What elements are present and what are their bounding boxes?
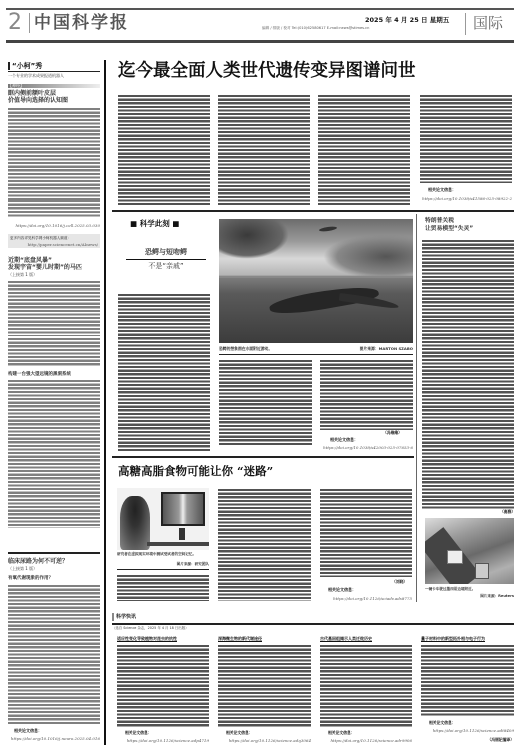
second-body-col1	[117, 575, 209, 601]
second-url[interactable]: https://doi.org/10.1126/sciadv.ads8775	[320, 596, 412, 601]
brief-item-3-url[interactable]: https://doi.org/10.1126/science.adr9906	[320, 738, 412, 743]
right-story-photo-credit: 图片来源：Reuters	[425, 594, 514, 599]
photo-desk	[147, 542, 209, 546]
brief-item-2-body	[218, 645, 311, 727]
sidebar-item2-byline: （上接第 1 版）	[8, 272, 37, 278]
second-body-col2	[218, 489, 311, 601]
second-source-label: 相关论文信息：	[328, 587, 356, 593]
second-end-mark: （刘晓）	[392, 579, 407, 585]
briefs-column-label: 科学快讯	[116, 613, 136, 620]
brief-item-3-body	[320, 645, 412, 727]
feature-photo-credit: 图片来源：MARTON SZABO	[330, 346, 413, 352]
photo-trees	[219, 219, 289, 259]
sidebar-item2-title-line1: 近期“底盘风暴”	[8, 257, 82, 264]
sidebar-notice-url[interactable]: http://paper.sciencenet.cn/AInews/	[10, 242, 98, 247]
right-story-title-line1: 特朗普关税	[425, 218, 473, 226]
feature-source-label: 相关论文信息：	[330, 437, 358, 443]
sidebar-item3-rule	[8, 552, 100, 554]
brief-item-1-url[interactable]: https://doi.org/10.1126/science.adp4719	[117, 738, 209, 743]
brief-item-3-title: 古代基因组揭示人类迁徙历史	[320, 636, 412, 642]
feature-title-line1: 恐鳄与短吻鳄	[126, 247, 206, 260]
brief-item-2-title: 深海微生物的新代谢途径	[218, 636, 311, 642]
photo-monitor-stand	[179, 528, 185, 540]
feature-end-mark: （冯维维）	[383, 430, 402, 436]
lead-source-label: 相关论文信息：	[428, 187, 456, 193]
second-headline: 高糖高脂食物可能让你 “迷路”	[118, 463, 273, 479]
lead-bottom-rule	[112, 210, 514, 212]
sidebar-item1-url[interactable]: https://doi.org/10.1016/j.cell.2025.03.0…	[8, 223, 100, 228]
lead-url[interactable]: https://doi.org/10.1038/s41586-025-08922…	[420, 196, 512, 201]
brief-item-3-source-label: 相关论文信息：	[328, 730, 355, 736]
photo-flag	[447, 550, 463, 564]
feature-title-line2: 不是“亲戚”	[126, 261, 206, 271]
feature-body-col3	[320, 360, 413, 430]
right-story-title: 特朗普关税 让贸易模型“失灵”	[425, 218, 473, 233]
lead-col-1	[118, 95, 210, 205]
feature-url[interactable]: https://doi.org/10.1038/s42003-025-07653…	[320, 445, 413, 450]
briefs-source-note: （选自 Science 杂志，2025 年 4 月 18 日出版）	[112, 625, 188, 630]
sidebar-column-subtitle: 一个专业的学术成果报道机器人	[8, 73, 64, 79]
sidebar-item2-body-2	[8, 338, 100, 366]
sidebar-column-mark	[8, 62, 10, 70]
feature-column-label: ■ 科学此刻 ■	[130, 218, 179, 229]
sidebar-item2-body-3	[8, 380, 100, 528]
sidebar-item1-title-line2: 价值导向选择的认知图	[8, 97, 68, 104]
photo-hillside	[323, 234, 413, 279]
right-story-title-line2: 让贸易模型“失灵”	[425, 226, 473, 234]
sidebar-item3-body	[8, 585, 100, 725]
sidebar-item1-body	[8, 108, 100, 200]
feature-body-col1	[118, 294, 210, 452]
page-number: 2	[8, 11, 22, 35]
sidebar-item3-url[interactable]: https://doi.org/10.1016/j.neuro.2025.04.…	[8, 736, 100, 741]
brief-item-2-source-label: 相关论文信息：	[226, 730, 253, 736]
lead-col-2	[218, 95, 310, 205]
photo-waterline	[219, 276, 413, 278]
sidebar-item1-title-line1: 眶内侧前额叶皮层	[8, 90, 68, 97]
sidebar-item3-source-label: 相关论文信息：	[14, 728, 42, 734]
brief-item-1-title: 适应性变化导致植物对昆虫的抗性	[117, 636, 209, 642]
sidebar-title-rule	[8, 71, 100, 72]
briefs-end-mark: （冯丽妃编译）	[421, 737, 514, 743]
brief-item-4-source-label: 相关论文信息：	[429, 720, 456, 726]
sidebar-item2-title-line2: 发现宇宙“婴儿时期”的马匹	[8, 264, 82, 271]
sidebar-item2-subhead: 构建一台强大望远镜的黑洞系统	[8, 371, 71, 377]
issue-date: 2025 年 4 月 25 日 星期五	[365, 15, 449, 24]
section-divider	[465, 13, 466, 35]
photo-truck	[475, 563, 489, 579]
brief-item-2-url[interactable]: https://doi.org/10.1126/science.adq3064	[218, 738, 311, 743]
sidebar-item3-subhead: 有氧代谢现象的作用？	[8, 575, 53, 581]
brief-item-4-body	[421, 645, 514, 717]
feature-title: 恐鳄与短吻鳄 不是“亲戚”	[126, 247, 206, 271]
second-photo-caption: 研究者在虚拟现实环境中测试受试者的空间记忆。	[117, 552, 209, 557]
masthead-divider	[29, 13, 30, 33]
sidebar-item1-tag: 【神经】	[8, 83, 24, 89]
paper-name-logo: 中国科学报	[34, 12, 129, 34]
sidebar-item1-body-cont	[8, 200, 100, 218]
second-photo-credit: 图片来源：研究团队	[117, 562, 209, 567]
sidebar-item2-body	[8, 281, 100, 336]
sidebar-notice-text: 更多内容详见科学网小柯机器人频道：	[10, 236, 71, 241]
lead-headline: 迄今最全面人类世代遗传变异图谱问世	[118, 60, 416, 82]
brief-item-4-url[interactable]: https://doi.org/10.1126/science.adt8409	[421, 728, 514, 733]
feature-photo-crocodile	[219, 219, 413, 343]
brief-item-1-body	[117, 645, 209, 727]
editors-info: 编辑 / 排版 / 校对 Tel:(010)62580617 E-mail:ne…	[262, 26, 369, 31]
sidebar-item3-byline: （上接第 1 版）	[8, 566, 37, 572]
masthead-bottom-rule	[6, 40, 514, 43]
feature-body-col2	[219, 360, 312, 446]
top-rule	[6, 8, 514, 10]
sidebar-item2-title: 近期“底盘风暴” 发现宇宙“婴儿时期”的马匹	[8, 257, 82, 271]
sidebar-item3-title: 临床尿路为何不可逆？	[8, 556, 68, 565]
lead-col-3	[318, 95, 410, 205]
feature-bottom-rule	[112, 456, 414, 458]
right-story-photo-caption: 一辆卡车驶过墨西哥边境附近。	[425, 587, 475, 592]
feature-photo-caption: 恐鳄的想象图在水面附近游动。	[219, 346, 272, 352]
briefs-label-bar	[112, 613, 114, 621]
brief-item-4-title: 量子材料中的新型拓扑相与电子行为	[421, 636, 514, 642]
second-body-col3	[320, 489, 412, 577]
right-column-divider	[416, 214, 417, 602]
second-photo-vr	[117, 488, 209, 550]
photo-pterosaur-icon	[319, 226, 337, 232]
right-story-photo-truck	[425, 518, 514, 584]
photo-monitor	[161, 492, 205, 526]
photo-person	[120, 496, 150, 550]
brief-item-1-source-label: 相关论文信息：	[125, 730, 152, 736]
sidebar-item1-title: 眶内侧前额叶皮层 价值导向选择的认知图	[8, 90, 68, 104]
sidebar-column-title: “小柯”秀	[12, 61, 42, 71]
right-story-body	[422, 240, 514, 510]
second-caption-rule	[117, 569, 209, 570]
right-story-end-mark: （高雅）	[500, 509, 515, 515]
sidebar-divider	[104, 60, 106, 745]
lead-col-4	[420, 95, 512, 183]
section-title: 国际	[473, 13, 503, 33]
feature-caption-rule	[219, 354, 413, 355]
